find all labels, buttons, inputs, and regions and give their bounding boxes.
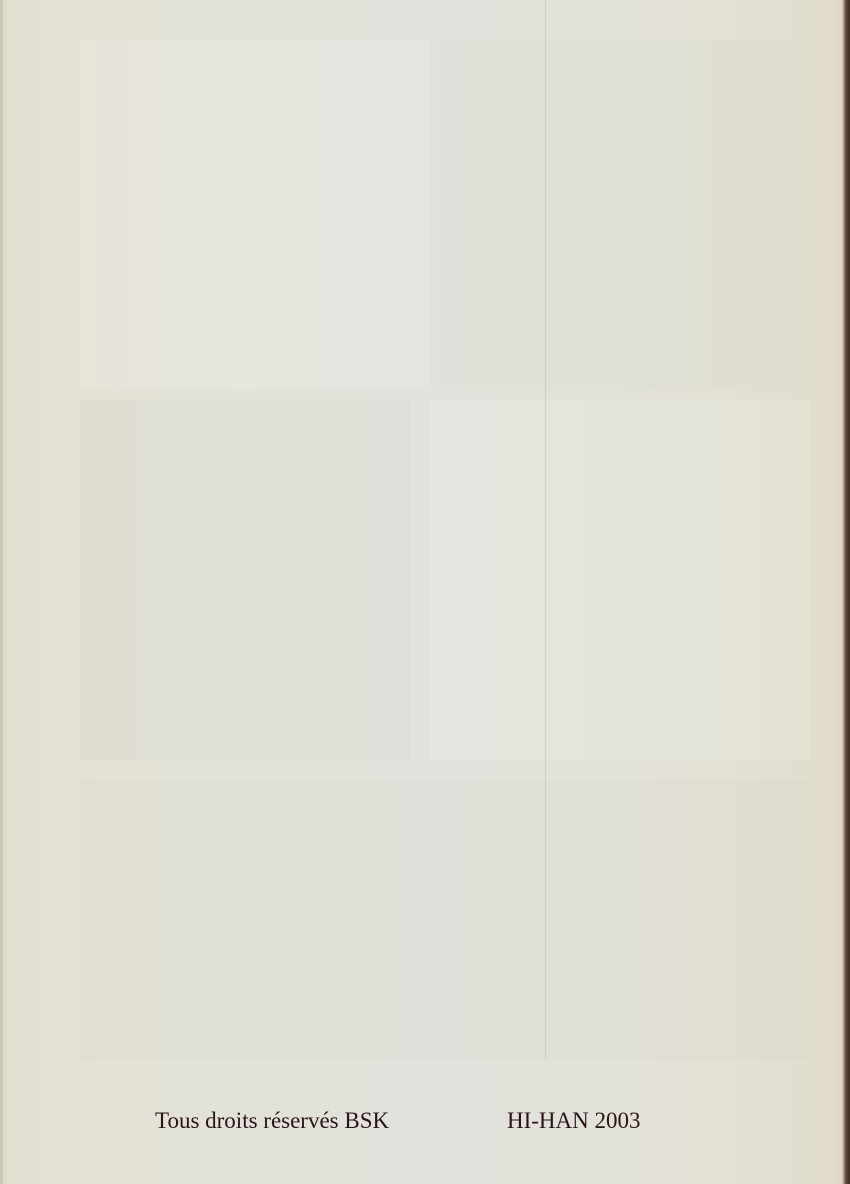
ghost-panel [80, 780, 810, 1060]
copyright-notice: Tous droits réservés BSK [155, 1108, 389, 1134]
footer: Tous droits réservés BSK HI-HAN 2003 [0, 1104, 850, 1144]
ghost-panel [80, 400, 410, 760]
fold-line [545, 0, 546, 1060]
ghost-panel [430, 400, 810, 760]
back-cover-page: Tous droits réservés BSK HI-HAN 2003 [0, 0, 850, 1184]
ghost-panel [80, 40, 430, 390]
page-left-edge [0, 0, 3, 1184]
ghost-panel [440, 40, 810, 390]
edition-label: HI-HAN 2003 [507, 1108, 641, 1134]
